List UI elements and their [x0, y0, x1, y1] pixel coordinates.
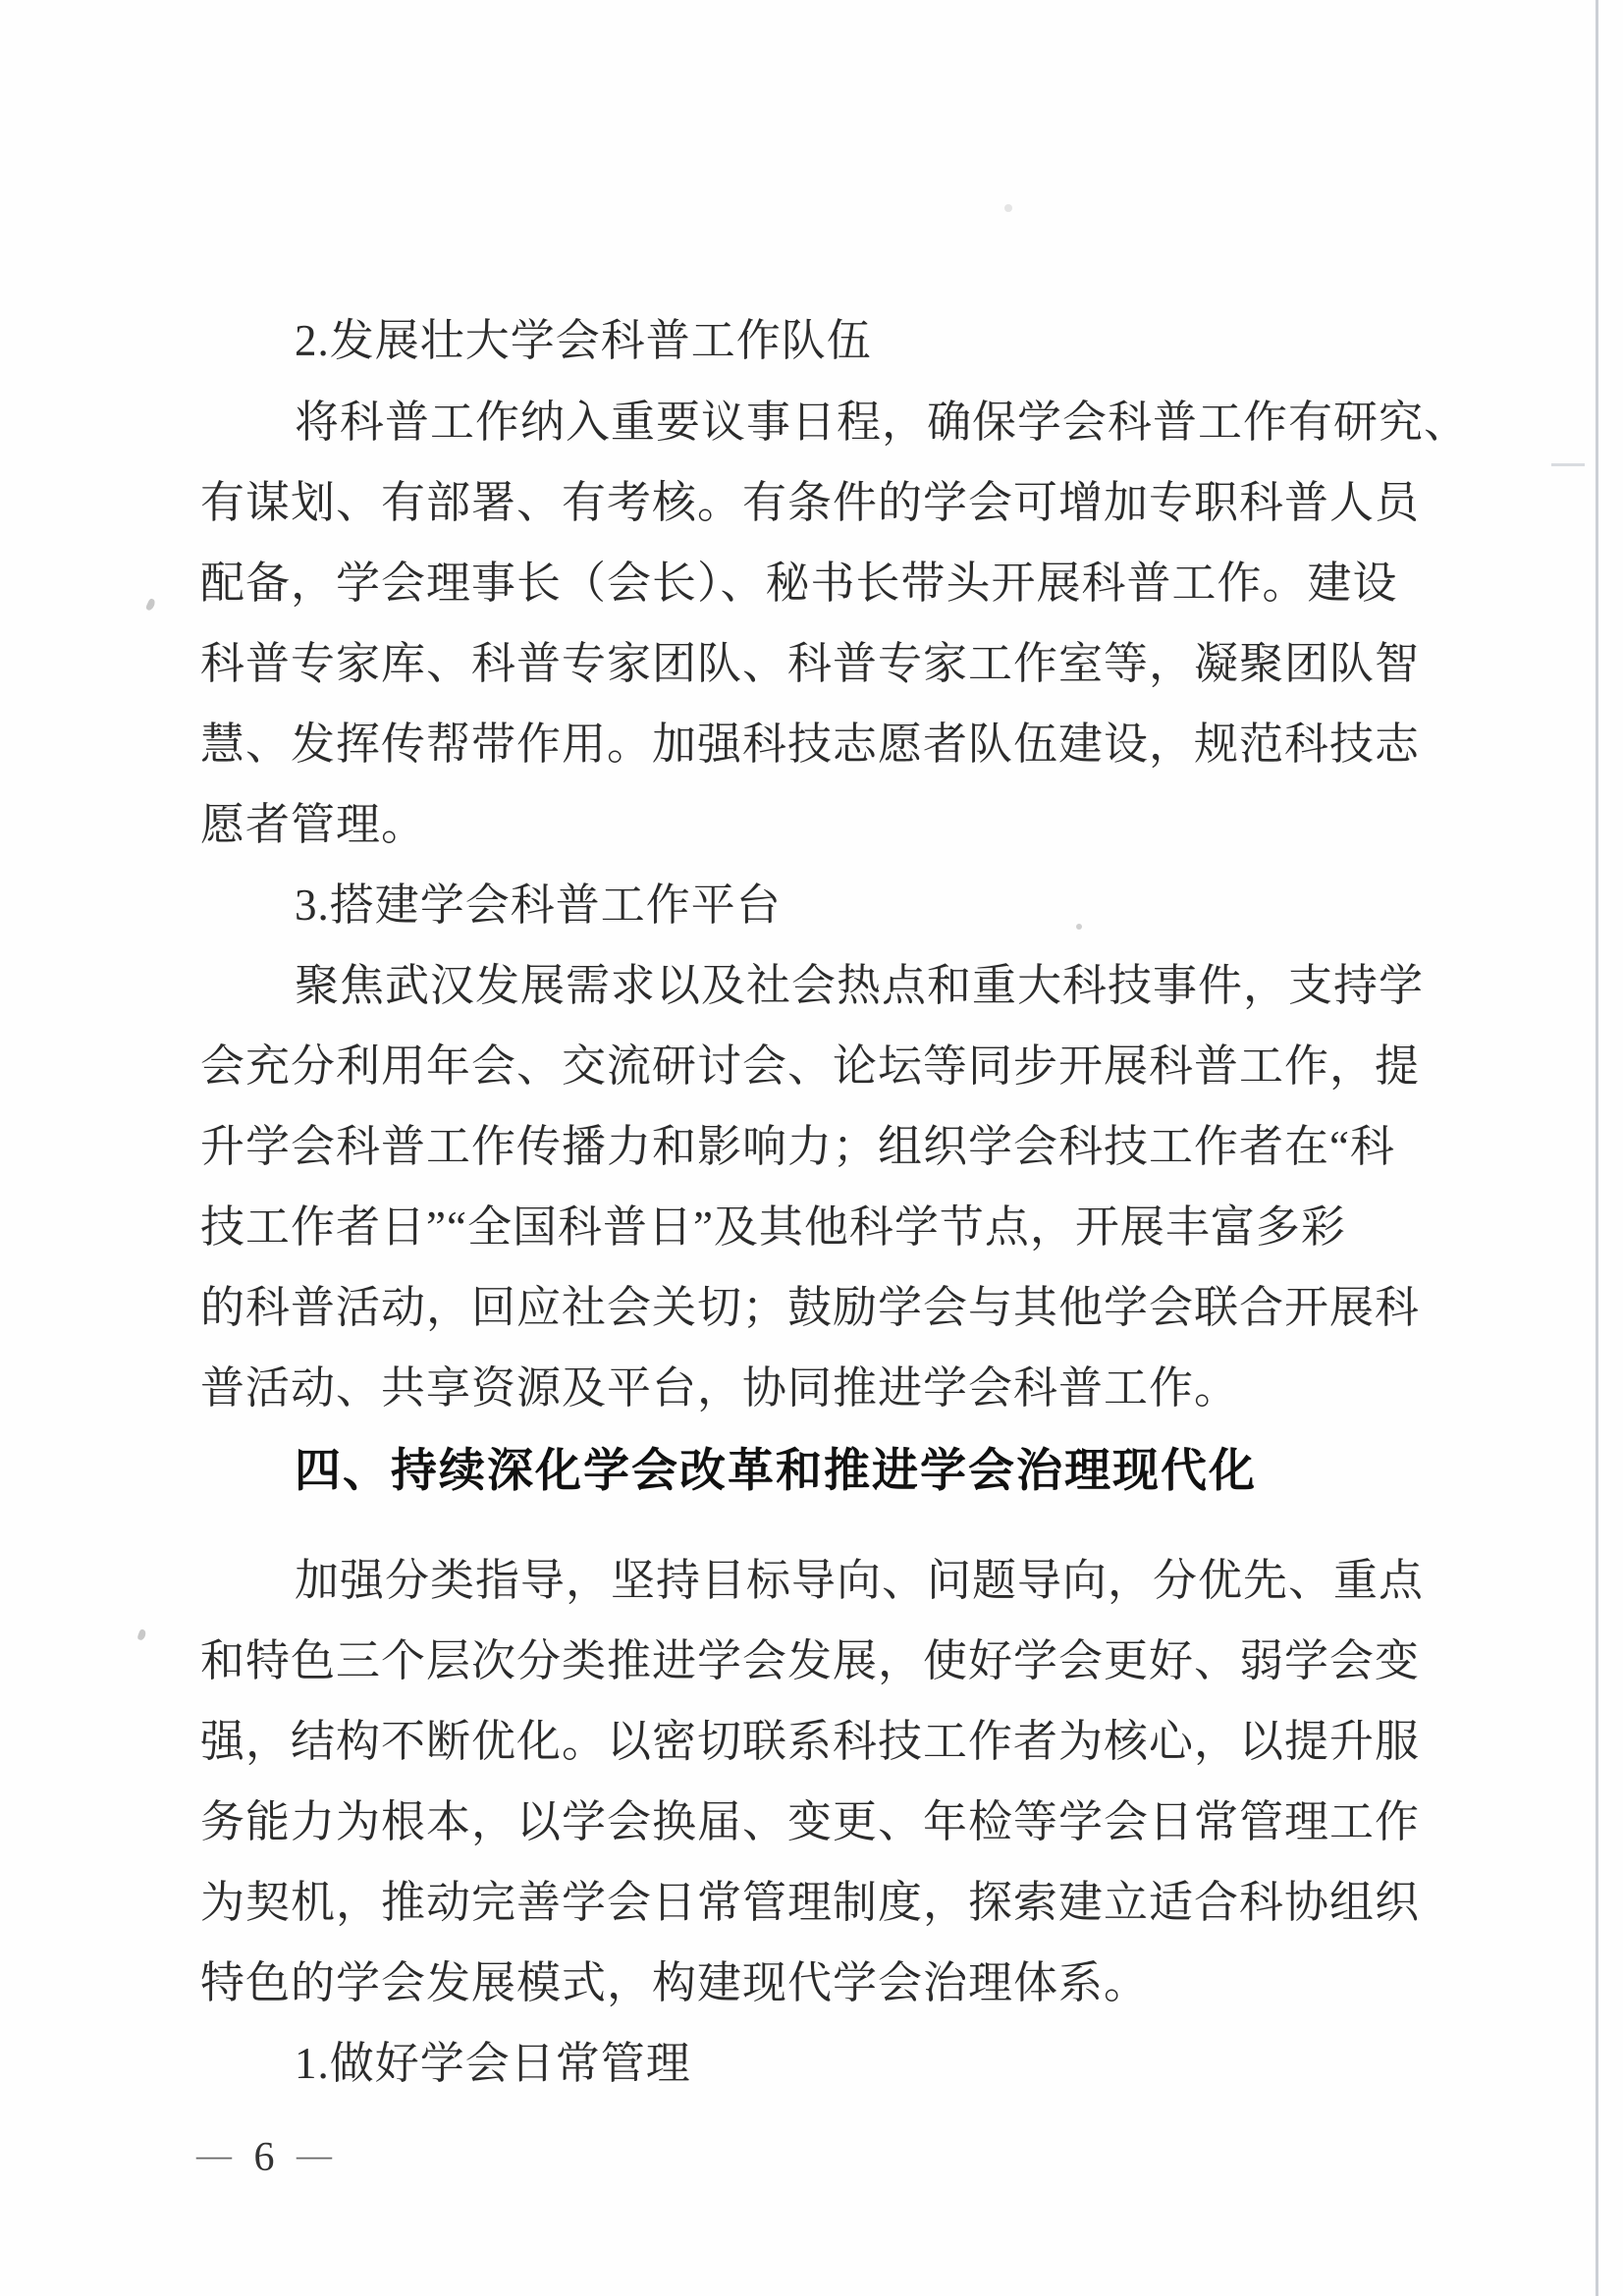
page-number: — 6 — [196, 2132, 338, 2184]
paragraph-line: 聚焦武汉发展需求以及社会热点和重大科技事件，支持学 [200, 956, 1534, 1015]
section-heading: 四、持续深化学会改革和推进学会治理现代化 [200, 1441, 1534, 1500]
scan-artifact-speck [145, 598, 156, 612]
paragraph-line: 加强分类指导，坚持目标导向、问题导向，分优先、重点 [200, 1551, 1534, 1610]
paragraph-line: 技工作者日”“全国科普日”及其他科学节点，开展丰富多彩 [200, 1198, 1439, 1256]
paragraph-line: 强，结构不断优化。以密切联系科技工作者为核心，以提升服 [200, 1712, 1439, 1771]
document-page: 2.发展壮大学会科普工作队伍 将科普工作纳入重要议事日程，确保学会科普工作有研究… [0, 0, 1623, 2296]
page-number-dash-left: — [196, 2135, 238, 2174]
paragraph-line: 务能力为根本，以学会换届、变更、年检等学会日常管理工作 [200, 1792, 1439, 1851]
paragraph-line: 会充分利用年会、交流研讨会、论坛等同步开展科普工作，提 [200, 1037, 1439, 1095]
paragraph-line: 特色的学会发展模式，构建现代学会治理体系。 [200, 1953, 1439, 2012]
page-number-dash-right: — [297, 2135, 338, 2174]
subsection-heading: 3.搭建学会科普工作平台 [200, 876, 1534, 934]
paragraph-line: 将科普工作纳入重要议事日程，确保学会科普工作有研究、 [200, 393, 1534, 452]
paragraph-line: 愿者管理。 [200, 795, 1439, 854]
paragraph-line: 有谋划、有部署、有考核。有条件的学会可增加专职科普人员 [200, 473, 1439, 532]
scan-artifact-speck [136, 1629, 146, 1641]
page-number-value: 6 [254, 2135, 281, 2180]
scan-artifact-scratch [1551, 463, 1585, 466]
scan-artifact-speck [1076, 924, 1082, 930]
paragraph-line: 慧、发挥传帮带作用。加强科技志愿者队伍建设，规范科技志 [200, 715, 1439, 774]
paragraph-line: 科普专家库、科普专家团队、科普专家工作室等，凝聚团队智 [200, 634, 1439, 693]
paragraph-line: 升学会科普工作传播力和影响力；组织学会科技工作者在“科 [200, 1117, 1439, 1176]
scan-artifact-vertical-line [1596, 0, 1598, 2296]
paragraph-line: 为契机，推动完善学会日常管理制度，探索建立适合科协组织 [200, 1873, 1439, 1932]
paragraph-line: 和特色三个层次分类推进学会发展，使好学会更好、弱学会变 [200, 1631, 1439, 1690]
subsection-heading: 2.发展壮大学会科普工作队伍 [200, 311, 1534, 370]
paragraph-line: 普活动、共享资源及平台，协同推进学会科普工作。 [200, 1359, 1439, 1417]
paragraph-line: 配备，学会理事长（会长）、秘书长带头开展科普工作。建设 [200, 554, 1439, 613]
subsection-heading: 1.做好学会日常管理 [200, 2034, 1534, 2093]
scan-artifact-speck [1004, 204, 1012, 212]
paragraph-line: 的科普活动，回应社会关切；鼓励学会与其他学会联合开展科 [200, 1278, 1439, 1337]
